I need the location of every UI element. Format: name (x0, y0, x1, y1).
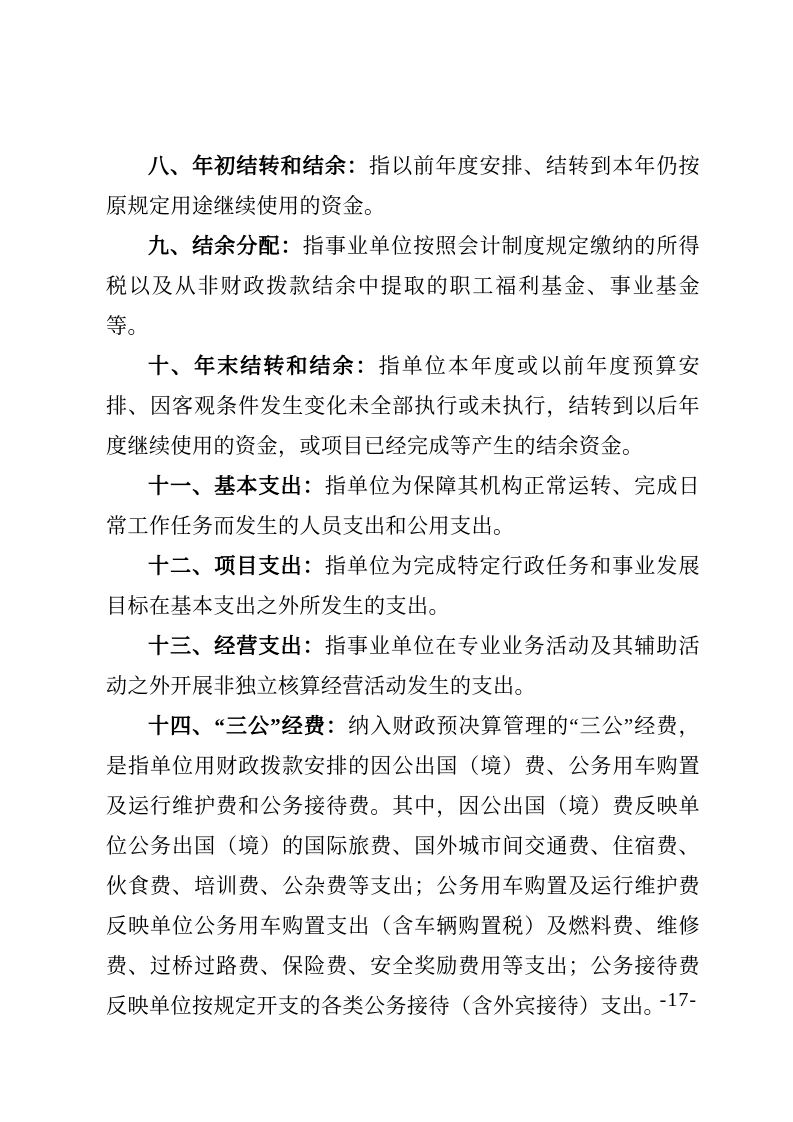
definition-paragraph: 九、结余分配：指事业单位按照会计制度规定缴纳的所得税以及从非财政拨款结余中提取的… (106, 226, 700, 346)
paragraph-heading: 八、年初结转和结余： (148, 154, 369, 178)
paragraph-heading: 十一、基本支出： (148, 474, 325, 498)
paragraph-heading: 十四、“三公”经费： (148, 714, 348, 738)
paragraph-body-text: 纳入财政预决算管理的“三公”经费，是指单位用财政拨款安排的因公出国（境）费、公务… (106, 714, 700, 1018)
definition-paragraph: 八、年初结转和结余：指以前年度安排、结转到本年仍按原规定用途继续使用的资金。 (106, 146, 700, 226)
definition-paragraph: 十四、“三公”经费：纳入财政预决算管理的“三公”经费，是指单位用财政拨款安排的因… (106, 706, 700, 1026)
document-page: 八、年初结转和结余：指以前年度安排、结转到本年仍按原规定用途继续使用的资金。 九… (0, 0, 793, 1122)
document-body: 八、年初结转和结余：指以前年度安排、结转到本年仍按原规定用途继续使用的资金。 九… (106, 146, 700, 1026)
definition-paragraph: 十三、经营支出：指事业单位在专业业务活动及其辅助活动之外开展非独立核算经营活动发… (106, 626, 700, 706)
paragraph-heading: 九、结余分配： (148, 234, 303, 258)
definition-paragraph: 十二、项目支出：指单位为完成特定行政任务和事业发展目标在基本支出之外所发生的支出… (106, 546, 700, 626)
paragraph-heading: 十三、经营支出： (148, 634, 325, 658)
paragraph-heading: 十、年末结转和结余： (148, 354, 379, 378)
page-number: -17- (660, 988, 697, 1012)
definition-paragraph: 十一、基本支出：指单位为保障其机构正常运转、完成日常工作任务而发生的人员支出和公… (106, 466, 700, 546)
paragraph-heading: 十二、项目支出： (148, 554, 325, 578)
definition-paragraph: 十、年末结转和结余：指单位本年度或以前年度预算安排、因客观条件发生变化未全部执行… (106, 346, 700, 466)
